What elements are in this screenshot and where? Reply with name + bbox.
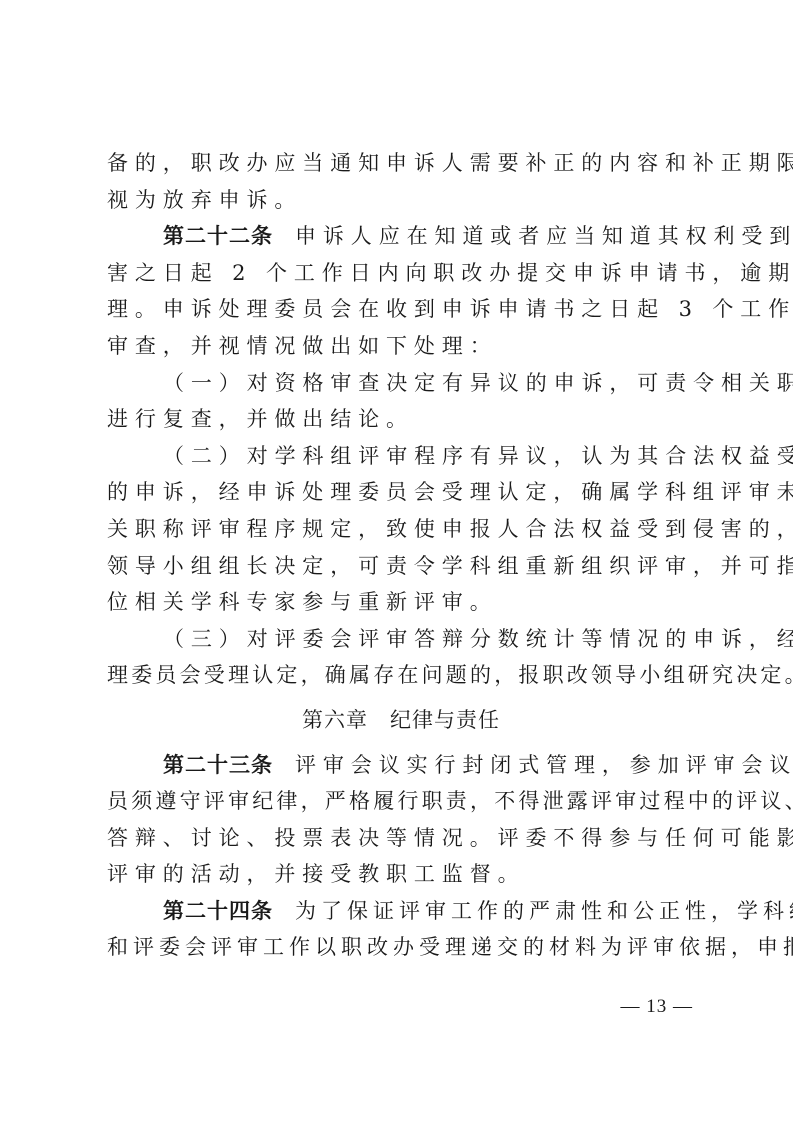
article-text: 申诉人应在知道或者应当知道其权利受到侵 [295,224,793,248]
text-line: 位相关学科专家参与重新评审。 [107,584,695,621]
text-line: 审查，并视情况做出如下处理： [107,328,695,365]
text-line: 关职称评审程序规定，致使申报人合法权益受到侵害的，报职改 [107,511,695,548]
text-line: 备的，职改办应当通知申诉人需要补正的内容和补正期限，逾期 [107,145,695,182]
list-item-1: （一）对资格审查决定有异议的申诉，可责令相关职能部门 进行复查，并做出结论。 [107,365,695,438]
chapter-heading: 第六章纪律与责任 [107,702,695,739]
article-text: 为了保证评审工作的严肃性和公正性，学科组 [295,899,793,923]
article-label: 第二十三条 [163,753,273,777]
page-number: — 13 — [621,996,694,1018]
article-text: 评审会议实行封闭式管理，参加评审会议的人 [295,753,793,777]
article-label: 第二十二条 [163,224,273,248]
text-line: 视为放弃申诉。 [107,182,695,219]
text-line: 答辩、讨论、投票表决等情况。评委不得参与任何可能影响公正 [107,820,695,857]
list-item-2: （二）对学科组评审程序有异议，认为其合法权益受到侵害 的申诉，经申诉处理委员会受… [107,438,695,621]
text-line: 理。申诉处理委员会在收到申诉申请书之日起 3 个工作日内进行 [107,291,695,328]
text-line: 第二十三条评审会议实行封闭式管理，参加评审会议的人 [107,747,695,784]
text-line: （三）对评委会评审答辩分数统计等情况的申诉，经申诉处 [107,621,695,658]
text-line: 领导小组组长决定，可责令学科组重新组织评审，并可指派 3-5 [107,548,695,585]
text-line: 评审的活动，并接受教职工监督。 [107,856,695,893]
article-23: 第二十三条评审会议实行封闭式管理，参加评审会议的人 员须遵守评审纪律，严格履行职… [107,747,695,893]
text-line: 进行复查，并做出结论。 [107,401,695,438]
text-line: （二）对学科组评审程序有异议，认为其合法权益受到侵害 [107,438,695,475]
text-line: 的申诉，经申诉处理委员会受理认定，确属学科组评审未执行相 [107,474,695,511]
document-page: 备的，职改办应当通知申诉人需要补正的内容和补正期限，逾期 视为放弃申诉。 第二十… [107,145,695,966]
article-label: 第二十四条 [163,899,273,923]
text-line: （一）对资格审查决定有异议的申诉，可责令相关职能部门 [107,365,695,402]
paragraph-continuation: 备的，职改办应当通知申诉人需要补正的内容和补正期限，逾期 视为放弃申诉。 [107,145,695,218]
chapter-title: 纪律与责任 [390,708,500,732]
chapter-number: 第六章 [302,708,368,732]
article-22: 第二十二条申诉人应在知道或者应当知道其权利受到侵 害之日起 2 个工作日内向职改… [107,218,695,364]
text-line: 理委员会受理认定，确属存在问题的，报职改领导小组研究决定。 [107,657,695,694]
text-line: 和评委会评审工作以职改办受理递交的材料为评审依据，申报人 [107,929,695,966]
text-line: 害之日起 2 个工作日内向职改办提交申诉申请书，逾期不再受 [107,255,695,292]
text-line: 员须遵守评审纪律，严格履行职责，不得泄露评审过程中的评议、 [107,783,695,820]
text-line: 第二十二条申诉人应在知道或者应当知道其权利受到侵 [107,218,695,255]
text-line: 第二十四条为了保证评审工作的严肃性和公正性，学科组 [107,893,695,930]
list-item-3: （三）对评委会评审答辩分数统计等情况的申诉，经申诉处 理委员会受理认定，确属存在… [107,621,695,694]
article-24: 第二十四条为了保证评审工作的严肃性和公正性，学科组 和评委会评审工作以职改办受理… [107,893,695,966]
